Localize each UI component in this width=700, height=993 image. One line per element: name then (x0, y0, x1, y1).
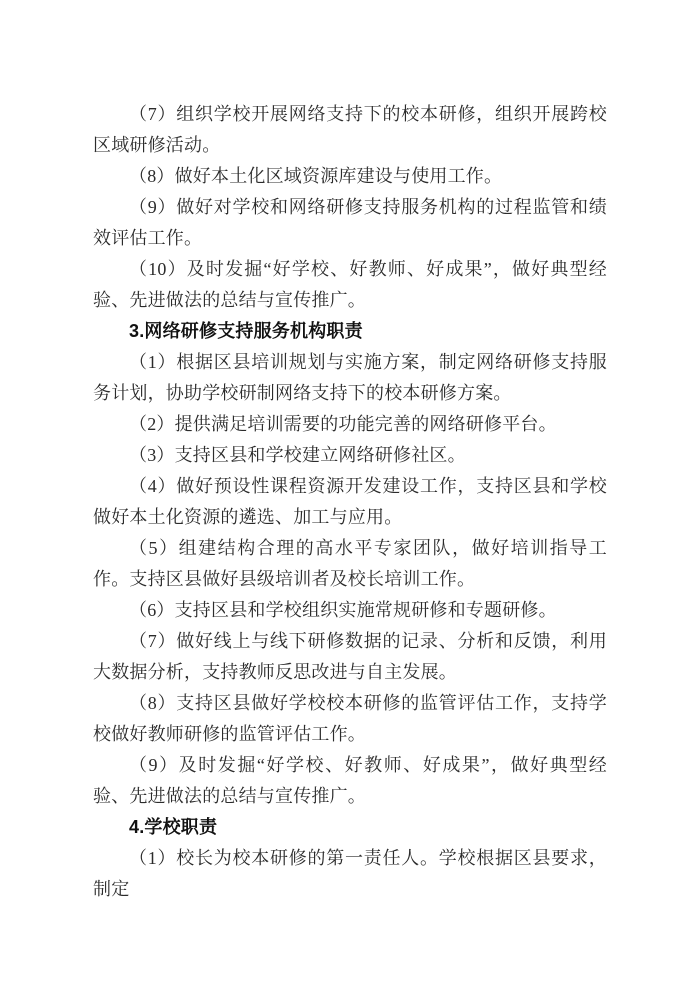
paragraph: （4）做好预设性课程资源开发建设工作，支持区县和学校做好本土化资源的遴选、加工与… (93, 471, 607, 533)
paragraph: （2）提供满足培训需要的功能完善的网络研修平台。 (93, 409, 607, 440)
document-page: （7）组织学校开展网络支持下的校本研修，组织开展跨校区域研修活动。（8）做好本土… (0, 0, 700, 993)
section-heading: 3.网络研修支持服务机构职责 (93, 316, 607, 347)
paragraph: （5）组建结构合理的高水平专家团队，做好培训指导工作。支持区县做好县级培训者及校… (93, 533, 607, 595)
paragraph: （9）做好对学校和网络研修支持服务机构的过程监管和绩效评估工作。 (93, 192, 607, 254)
paragraph: （7）做好线上与线下研修数据的记录、分析和反馈，利用大数据分析，支持教师反思改进… (93, 626, 607, 688)
paragraph: （10）及时发掘“好学校、好教师、好成果”，做好典型经验、先进做法的总结与宣传推… (93, 254, 607, 316)
paragraph: （8）支持区县做好学校校本研修的监管评估工作，支持学校做好教师研修的监管评估工作… (93, 688, 607, 750)
paragraph: （7）组织学校开展网络支持下的校本研修，组织开展跨校区域研修活动。 (93, 99, 607, 161)
paragraph: （3）支持区县和学校建立网络研修社区。 (93, 440, 607, 471)
section-heading: 4.学校职责 (93, 812, 607, 843)
paragraph: （8）做好本土化区域资源库建设与使用工作。 (93, 161, 607, 192)
paragraph: （9）及时发掘“好学校、好教师、好成果”，做好典型经验、先进做法的总结与宣传推广… (93, 750, 607, 812)
paragraph: （1）根据区县培训规划与实施方案，制定网络研修支持服务计划，协助学校研制网络支持… (93, 347, 607, 409)
paragraph: （6）支持区县和学校组织实施常规研修和专题研修。 (93, 595, 607, 626)
paragraph: （1）校长为校本研修的第一责任人。学校根据区县要求，制定 (93, 843, 607, 905)
document-body: （7）组织学校开展网络支持下的校本研修，组织开展跨校区域研修活动。（8）做好本土… (93, 99, 607, 905)
